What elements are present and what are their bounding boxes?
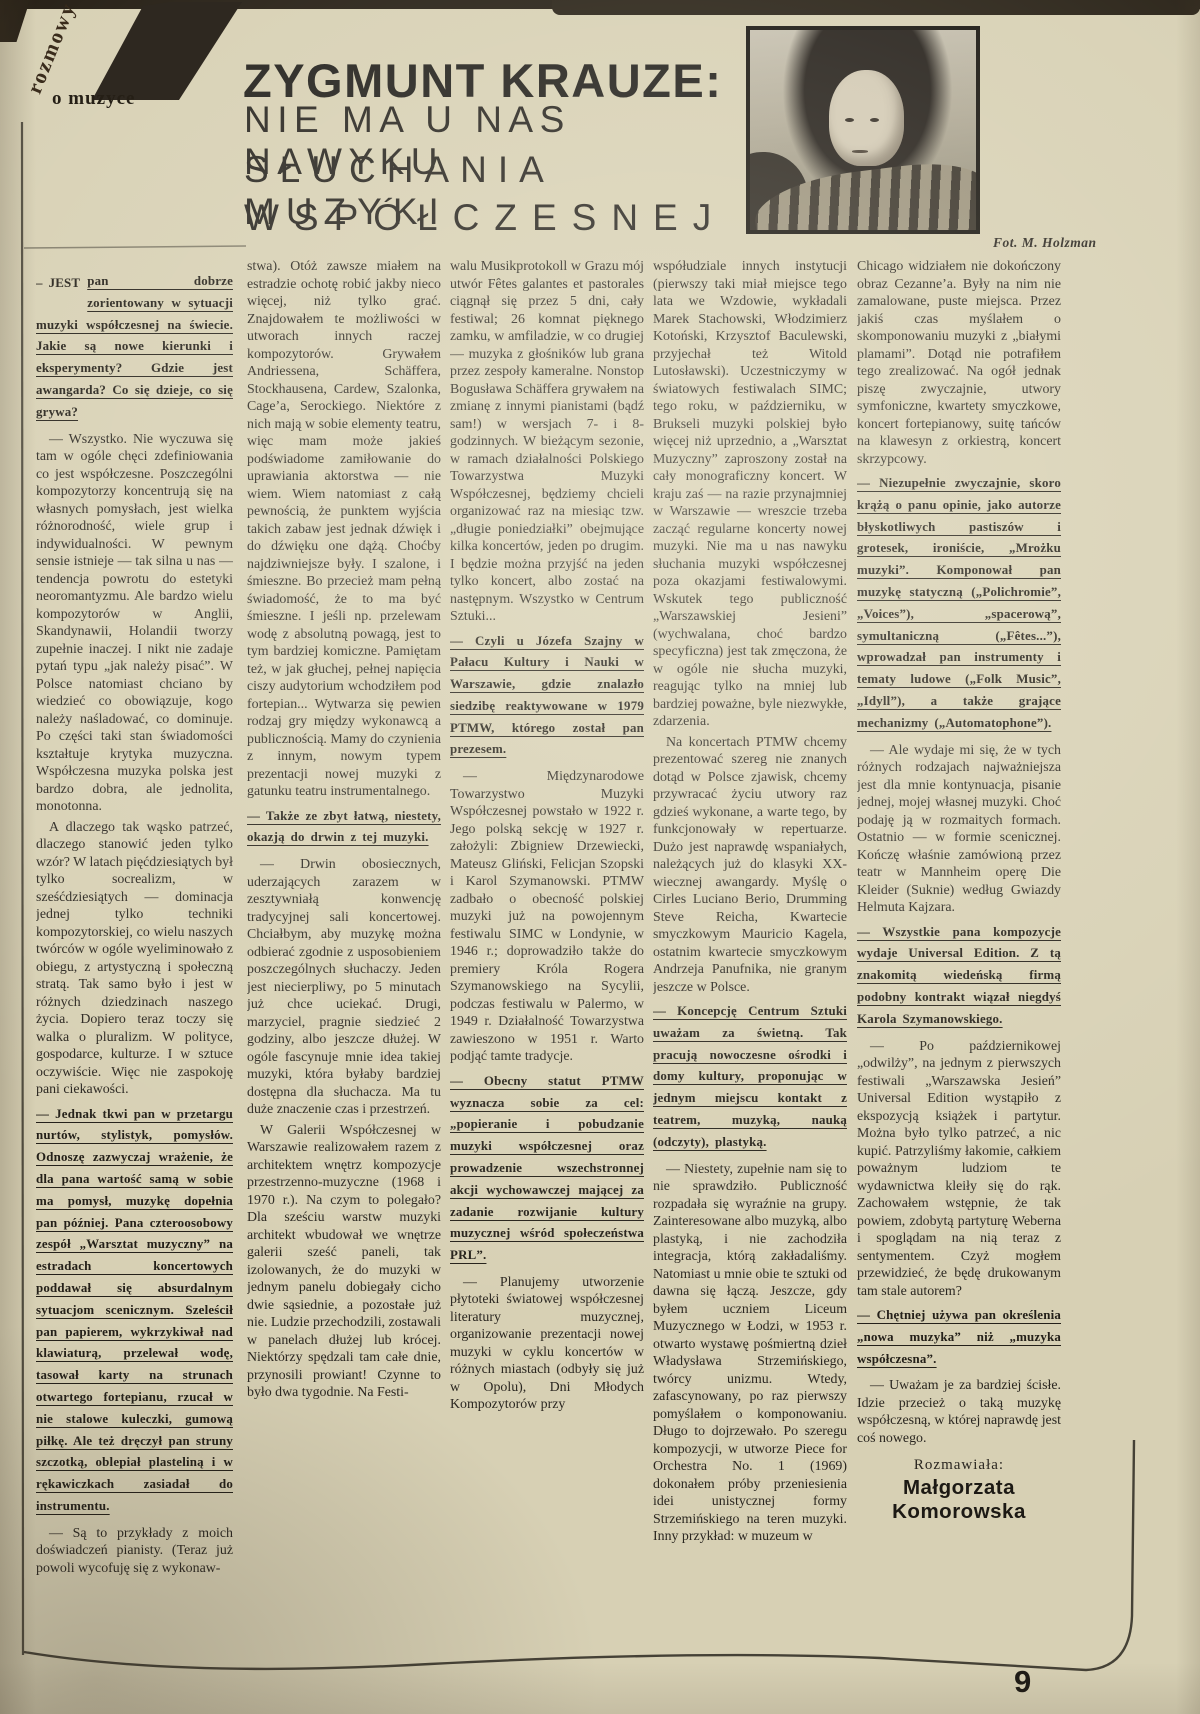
- question-paragraph: — Wszystkie pana kompozycje wydaje Unive…: [857, 922, 1061, 1031]
- portrait-mouth: [852, 150, 868, 153]
- answer-paragraph: walu Musikprotokoll w Grazu mój utwór Fê…: [450, 258, 644, 626]
- answer-paragraph: — Wszystko. Nie wyczuwa się tam w ogóle …: [36, 431, 233, 816]
- scanned-newspaper-page: { "page": { "badge": { "rotated": "rozmo…: [0, 0, 1200, 1714]
- column-4: współudziale innych instytucji (pierwszy…: [653, 258, 847, 1652]
- piano-flag-icon: [92, 2, 242, 100]
- answer-paragraph: — Drwin obosiecznych, uderzających zaraz…: [247, 856, 441, 1119]
- portrait-eye: [870, 118, 879, 122]
- column-1: – JESTpan dobrze zorientowany w sytuacji…: [36, 258, 233, 1660]
- column-5: Chicago widziałem nie dokończony obraz C…: [857, 258, 1061, 1652]
- question-paragraph: — Niezupełnie zwyczajnie, skoro krążą o …: [857, 473, 1061, 735]
- answer-paragraph: — Planujemy utworzenie płytoteki światow…: [450, 1274, 644, 1414]
- question-paragraph: — Obecny statut PTMW wyznacza sobie za c…: [450, 1071, 644, 1267]
- interviewer-label: Rozmawiała:: [857, 1457, 1061, 1474]
- column-3: walu Musikprotokoll w Grazu mój utwór Fê…: [450, 258, 644, 1652]
- question-paragraph: — Jednak tkwi pan w przetargu nurtów, st…: [36, 1104, 233, 1518]
- answer-paragraph: — Międzynarodowe Towarzystwo Muzyki Wspó…: [450, 768, 644, 1066]
- answer-paragraph: — Ale wydaje mi się, że w tych różnych r…: [857, 742, 1061, 917]
- lead-word: – JEST: [36, 273, 80, 295]
- badge-rotated-label: rozmowy: [22, 0, 81, 97]
- headline-line-4: WSPÓŁCZESNEJ: [244, 197, 764, 239]
- portrait-photo: [746, 26, 980, 234]
- portrait-eye: [845, 118, 854, 122]
- answer-paragraph: W Galerii Współczesnej w Warszawie reali…: [247, 1122, 441, 1402]
- question-paragraph: — Koncepcję Centrum Sztuki uważam za świ…: [653, 1001, 847, 1154]
- question-paragraph: — Czyli u Józefa Szajny w Pałacu Kultury…: [450, 631, 644, 762]
- answer-paragraph: — Po październikowej „odwilży”, na jedny…: [857, 1038, 1061, 1301]
- answer-paragraph: Chicago widziałem nie dokończony obraz C…: [857, 258, 1061, 468]
- page-title: ZYGMUNT KRAUZE:: [243, 57, 763, 104]
- scan-edge-top-right: [552, 0, 1200, 15]
- interviewer-name: Małgorzata Komorowska: [857, 1476, 1061, 1524]
- answer-paragraph: — Niestety, zupełnie nam się to nie spra…: [653, 1161, 847, 1546]
- page-number: 9: [1014, 1664, 1031, 1700]
- article-columns: – JESTpan dobrze zorientowany w sytuacji…: [0, 258, 1200, 1654]
- answer-paragraph: współudziale innych instytucji (pierwszy…: [653, 258, 847, 731]
- answer-paragraph: A dlaczego tak wąsko patrzeć, dlaczego s…: [36, 819, 233, 1099]
- answer-paragraph: — Są to przykłady z moich doświadczeń pi…: [36, 1525, 233, 1578]
- column-2: stwa). Otóż zawsze miałem na estradzie o…: [247, 258, 441, 1652]
- answer-paragraph: stwa). Otóż zawsze miałem na estradzie o…: [247, 258, 441, 801]
- answer-paragraph: Na koncertach PTMW chcemy prezentować sz…: [653, 734, 847, 997]
- answer-paragraph: — Uważam je za bardziej ścisłe. Idzie pr…: [857, 1377, 1061, 1447]
- section-badge: rozmowy o muzyce: [4, 2, 239, 117]
- lead-question-paragraph: – JESTpan dobrze zorientowany w sytuacji…: [36, 271, 233, 424]
- question-paragraph: — Także ze zbyt łatwą, niestety, okazją …: [247, 806, 441, 850]
- photo-caption: Fot. M. Holzman: [993, 235, 1143, 251]
- question-paragraph: — Chętniej używa pan określenia „nowa mu…: [857, 1305, 1061, 1370]
- badge-subtitle: o muzyce: [52, 88, 135, 110]
